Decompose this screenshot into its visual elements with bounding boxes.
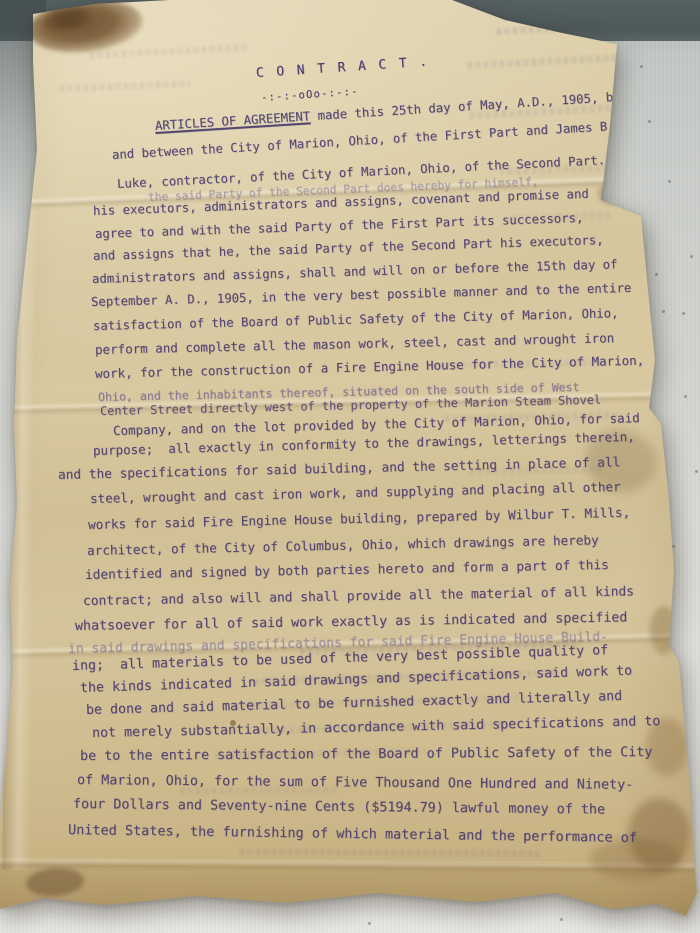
contract-line: of Marion, Ohio, for the sum of Five Tho… xyxy=(77,773,633,793)
contract-line: satisfaction of the Board of Public Safe… xyxy=(93,306,619,333)
contract-paper: C O N T R A C T . -:-:-oOo-:-:- ARTICLES… xyxy=(0,0,700,933)
contract-line: perform and complete all the mason work,… xyxy=(95,330,614,357)
contract-line: September A. D., 1905, in the very best … xyxy=(91,281,632,309)
underlined-phrase: ARTICLES OF AGREEMENT xyxy=(155,109,311,133)
contract-line: four Dollars and Seventy-nine Cents ($51… xyxy=(73,797,605,818)
contract-line: administrators and assigns, shall and wi… xyxy=(92,257,618,286)
bleedthrough-line xyxy=(468,54,618,69)
contract-paper-wrapper: C O N T R A C T . -:-:-oOo-:-:- ARTICLES… xyxy=(0,0,700,933)
contract-line: contract; and also will and shall provid… xyxy=(83,584,634,609)
bleedthrough-line xyxy=(240,848,540,858)
contract-line: steel, wrought and cast iron work, and s… xyxy=(90,479,621,506)
photo-scene: C O N T R A C T . -:-:-oOo-:-:- ARTICLES… xyxy=(0,0,700,933)
bleedthrough-line xyxy=(497,22,612,35)
contract-line: not merely substantially, in accordance … xyxy=(92,714,661,741)
contract-line: works for said Fire Engine House buildin… xyxy=(88,505,631,532)
bleedthrough-line xyxy=(60,80,190,92)
contract-line: United States, the furnishing of which m… xyxy=(68,822,637,846)
paper-left-curl xyxy=(2,150,38,870)
paper-bottom-discoloration xyxy=(0,860,700,922)
contract-line: identified and signed by both parties he… xyxy=(85,558,609,583)
document-title: C O N T R A C T . xyxy=(256,54,430,80)
stain-blob xyxy=(650,606,678,654)
document-divider: -:-:-oOo-:-:- xyxy=(261,86,359,104)
contract-line: be to the entire satisfaction of the Boa… xyxy=(80,745,652,764)
contract-line: work, for the construction of a Fire Eng… xyxy=(95,353,645,381)
contract-line: be done and said material to be furnishe… xyxy=(86,689,623,718)
contract-line: architect, of the City of Columbus, Ohio… xyxy=(87,532,599,558)
stain-blob xyxy=(598,183,626,205)
contract-line: and the specifications for said building… xyxy=(58,455,621,483)
